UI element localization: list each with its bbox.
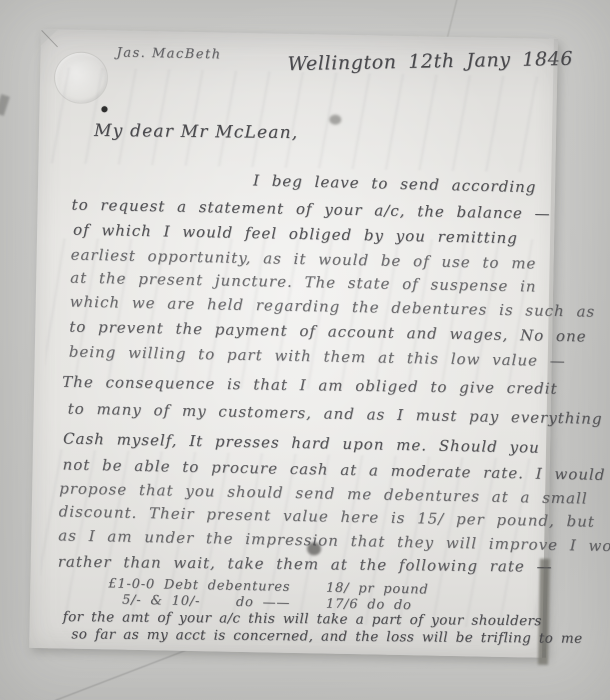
letter-line: of which I would feel obliged by you rem…: [73, 221, 518, 248]
letter-line: I beg leave to send according: [253, 171, 537, 196]
letter-paper: Jas. MacBeth Wellington 12th Jany 1846 M…: [29, 29, 558, 658]
letter-line: at the present juncture. The state of su…: [70, 269, 537, 296]
letter-line: not be able to procure cash at a moderat…: [62, 455, 605, 483]
letter-line: being willing to part with them at this …: [69, 343, 566, 371]
salutation: My dear Mr McLean,: [94, 121, 299, 143]
closing-line: so far as my acct is concerned, and the …: [71, 626, 582, 646]
letter-line: discount. Their present value here is 15…: [59, 502, 595, 530]
letter-line: The consequence is that I am obliged to …: [62, 373, 558, 398]
dateline: Wellington 12th Jany 1846: [287, 48, 573, 75]
bleedthrough-texture: [48, 67, 547, 173]
background-scratch-mark: [0, 94, 10, 116]
letter-line: which we are held regarding the debentur…: [70, 293, 596, 321]
photo-background: Jas. MacBeth Wellington 12th Jany 1846 M…: [0, 0, 610, 700]
letter-line: earliest opportunity, as it would be of …: [71, 246, 537, 273]
annotation-writer-name: Jas. MacBeth: [116, 45, 221, 62]
embossed-seal-circle: [54, 51, 109, 104]
letter-line: to prevent the payment of account and wa…: [69, 318, 587, 346]
letter-line: as I am under the impression that they w…: [58, 526, 610, 555]
letter-line: Cash myself, It presses hard upon me. Sh…: [63, 430, 540, 457]
ink-blot: [101, 106, 107, 112]
letter-line: to many of my customers, and as I must p…: [68, 400, 603, 428]
letter-line: rather than wait, take them at the follo…: [58, 553, 553, 576]
letter-line: to request a statement of your a/c, the …: [71, 196, 550, 223]
background-crease-line: [447, 0, 458, 37]
smudge-mark: [329, 115, 341, 125]
